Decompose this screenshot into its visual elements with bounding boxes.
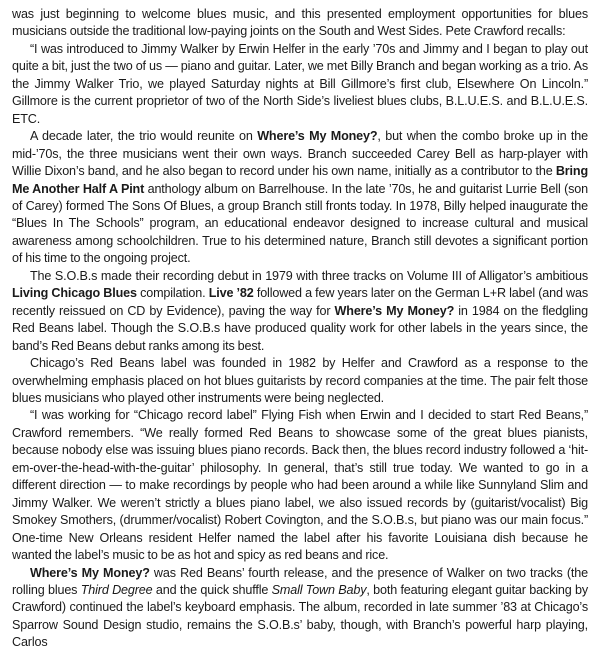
paragraph-2: “I was introduced to Jimmy Walker by Erw… — [12, 41, 588, 128]
album-title: Where’s My Money? — [30, 566, 150, 580]
text: and the quick shuffle — [153, 583, 272, 597]
text: compilation. — [137, 286, 209, 300]
paragraph-3: A decade later, the trio would reunite o… — [12, 128, 588, 268]
text: The S.O.B.s made their recording debut i… — [30, 269, 588, 283]
document-page: was just beginning to welcome blues musi… — [12, 6, 588, 600]
text: “I was working for “Chicago record label… — [12, 408, 588, 562]
album-title: Live ’82 — [209, 286, 254, 300]
text: A decade later, the trio would reunite o… — [30, 129, 257, 143]
album-title: Where’s My Money? — [335, 304, 455, 318]
song-title: Third Degree — [81, 583, 153, 597]
paragraph-6: “I was working for “Chicago record label… — [12, 407, 588, 564]
album-title: Living Chicago Blues — [12, 286, 137, 300]
paragraph-4: The S.O.B.s made their recording debut i… — [12, 268, 588, 355]
paragraph-1: was just beginning to welcome blues musi… — [12, 6, 588, 41]
album-title: Where’s My Money? — [257, 129, 377, 143]
paragraph-7: Where’s My Money? was Red Beans’ fourth … — [12, 565, 588, 601]
song-title: Small Town Baby — [272, 583, 367, 597]
text: was just beginning to welcome blues musi… — [12, 7, 588, 38]
text: “I was introduced to Jimmy Walker by Erw… — [12, 42, 588, 126]
paragraph-5: Chicago’s Red Beans label was founded in… — [12, 355, 588, 407]
text: Chicago’s Red Beans label was founded in… — [12, 356, 588, 405]
